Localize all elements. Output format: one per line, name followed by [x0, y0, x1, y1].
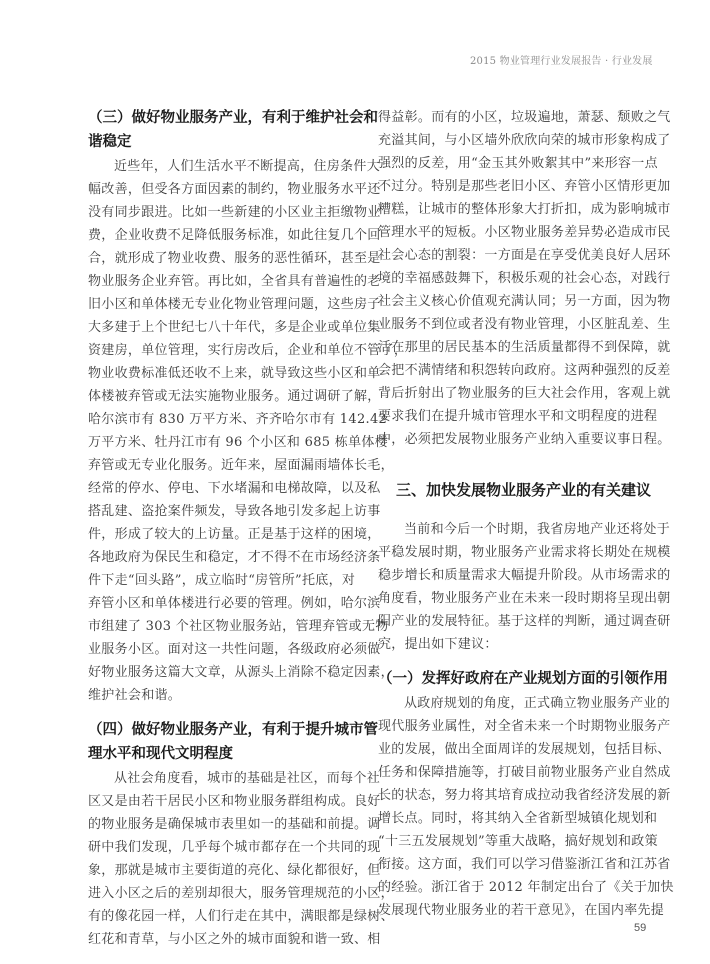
paragraph-line: 平稳发展时期，物业服务产业需求将长期处在规模	[378, 541, 671, 564]
paragraph-line: 弃管小区和单体楼进行必要的管理。例如，哈尔滨	[88, 592, 381, 615]
paragraph-line: 费，企业收费不足降低服务标准，如此往复几个回	[88, 224, 381, 247]
paragraph-line: 好物业服务这篇大文章，从源头上消除不稳定因素，	[88, 661, 394, 684]
paragraph-line: 背后折射出了物业服务的巨大社会作用，客观上就	[378, 382, 671, 405]
paragraph-line: 体楼被弃管或无法实施物业服务。通过调研了解，	[88, 385, 381, 408]
paragraph-line: 区又是由若干居民小区和物业服务群组构成。良好	[88, 790, 381, 813]
paragraph-line: 会把不满情绪和积怨转向政府。这两种强烈的反差	[378, 359, 671, 382]
subsection-heading-1: （一）发挥好政府在产业规划方面的引领作用	[378, 667, 668, 691]
paragraph-line: 业服务小区。面对这一共性问题，各级政府必须做	[88, 638, 381, 661]
paragraph-line: 稳步增长和质量需求大幅提升阶段。从市场需求的	[378, 564, 671, 587]
subsection-heading-4-line-1: （四）做好物业服务产业，有利于提升城市管	[88, 718, 378, 742]
paragraph-line: 红花和青草，与小区之外的城市面貌和谐一致、相	[88, 928, 381, 951]
paragraph-line: 任务和保障措施等，打破目前物业服务产业自然成	[378, 761, 671, 784]
paragraph-line: 中，必须把发展物业服务产业纳入重要议事日程。	[378, 428, 671, 451]
paragraph-line: 从社会角度看，城市的基础是社区，而每个社	[114, 767, 380, 790]
paragraph-line: “十三五发展规划”等重大战略，搞好规划和政策	[378, 830, 658, 853]
paragraph-line: 搭乱建、盗抢案件频发，导致各地引发多起上访事	[88, 500, 381, 523]
paragraph-line: 活在那里的居民基本的生活质量都得不到保障，就	[378, 336, 671, 359]
paragraph-line: 哈尔滨市有 830 万平方米、齐齐哈尔市有 142.42	[88, 408, 387, 431]
page-number: 59	[634, 922, 646, 934]
paragraph-line: 从政府规划的角度，正式确立物业服务产业的	[404, 692, 670, 715]
paragraph-line: 长的状态，努力将其培育成拉动我省经济发展的新	[378, 784, 671, 807]
paragraph-line: 的经验。浙江省于 2012 年制定出台了《关于加快	[378, 876, 674, 899]
paragraph-line: 充溢其间，与小区墙外欣欣向荣的城市形象构成了	[378, 129, 671, 152]
paragraph-line: 究，提出如下建议：	[378, 633, 498, 656]
paragraph-line: 要求我们在提升城市管理水平和文明程度的进程	[378, 405, 657, 428]
paragraph-line: 旧小区和单体楼无专业化物业管理问题，这些房子	[88, 293, 381, 316]
paragraph-line: 物业服务企业弃管。再比如，全省具有普遍性的老	[88, 270, 381, 293]
paragraph-line: 得益彰。而有的小区，垃圾遍地，萧瑟、颓败之气	[378, 106, 671, 129]
paragraph-line: 衔接。这方面，我们可以学习借鉴浙江省和江苏省	[378, 853, 671, 876]
paragraph-line: 幅改善，但受各方面因素的制约，物业服务水平还	[88, 178, 381, 201]
paragraph-line: 经常的停水、停电、下水堵漏和电梯故障，以及私	[88, 477, 381, 500]
paragraph-line: 有的像花园一样，人们行走在其中，满眼都是绿树、	[88, 905, 394, 928]
paragraph-line: 现代服务业属性，对全省未来一个时期物业服务产	[378, 715, 671, 738]
paragraph-line: 社会心态的割裂：一方面是在享受优美良好人居环	[378, 244, 671, 267]
subsection-heading-3-line-1: （三）做好物业服务产业，有利于维护社会和	[88, 106, 378, 130]
paragraph-line: 弃管或无专业化服务。近年来，屋面漏雨墙体长毛，	[88, 454, 394, 477]
paragraph-line: 大多建于上个世纪七八十年代，多是企业或单位集	[88, 316, 381, 339]
subsection-heading-4-line-2: 理水平和现代文明程度	[88, 742, 233, 766]
paragraph-line: 件下走“回头路”，成立临时“房管所”托底，对	[88, 569, 355, 592]
section-heading: 三、加快发展物业服务产业的有关建议	[396, 478, 651, 502]
paragraph-line: 强烈的反差，用“金玉其外败絮其中”来形容一点	[378, 152, 658, 175]
paragraph-line: 件，形成了较大的上访量。正是基于这样的困境，	[88, 523, 381, 546]
paragraph-line: 管理水平的短板。小区物业服务差异势必造成市民	[378, 221, 671, 244]
running-header: 2015 物业管理行业发展报告 · 行业发展	[470, 52, 650, 67]
paragraph-line: 境的幸福感鼓舞下，积极乐观的社会心态，对践行	[378, 267, 671, 290]
paragraph-line: 糟糕，让城市的整体形象大打折扣，成为影响城市	[378, 198, 671, 221]
paragraph-line: 各地政府为保民生和稳定，才不得不在市场经济条	[88, 546, 381, 569]
paragraph-line: 业的发展，做出全面周详的发展规划，包括目标、	[378, 738, 671, 761]
paragraph-line: 资建房，单位管理，实行房改后，企业和单位不管了，	[88, 339, 407, 362]
paragraph-line: 没有同步跟进。比如一些新建的小区业主拒缴物业	[88, 201, 381, 224]
paragraph-line: 维护社会和谐。	[88, 684, 181, 707]
paragraph-line: 近些年，人们生活水平不断提高，住房条件大	[114, 155, 380, 178]
paragraph-line: 万平方米、牡丹江市有 96 个小区和 685 栋单体楼	[88, 431, 388, 454]
paragraph-line: 发展现代物业服务业的若干意见》，在国内率先提	[378, 899, 664, 922]
paragraph-line: 角度看，物业服务产业在未来一段时期将呈现出朝	[378, 587, 671, 610]
paragraph-line: 象，那就是城市主要街道的亮化、绿化都很好，但	[88, 859, 381, 882]
paragraph-line: 合，就形成了物业收费、服务的恶性循环，甚至是	[88, 247, 381, 270]
paragraph-line: 当前和今后一个时期，我省房地产业还将处于	[404, 518, 670, 541]
paragraph-line: 进入小区之后的差别却很大，服务管理规范的小区，	[88, 882, 394, 905]
subsection-heading-3-line-2: 谐稳定	[88, 130, 132, 154]
paragraph-line: 市组建了 303 个社区物业服务站，管理弃管或无物	[88, 615, 389, 638]
paragraph-line: 社会主义核心价值观充满认同；另一方面，因为物	[378, 290, 671, 313]
paragraph-line: 不过分。特别是那些老旧小区、弃管小区情形更加	[378, 175, 671, 198]
paragraph-line: 物业收费标准低还收不上来，就导致这些小区和单	[88, 362, 381, 385]
paragraph-line: 业服务不到位或者没有物业管理，小区脏乱差、生	[378, 313, 671, 336]
paragraph-line: 研中我们发现，几乎每个城市都存在一个共同的现	[88, 836, 381, 859]
paragraph-line: 阳产业的发展特征。基于这样的判断，通过调查研	[378, 610, 671, 633]
paragraph-line: 增长点。同时，将其纳入全省新型城镇化规划和	[378, 807, 657, 830]
paragraph-line: 的物业服务是确保城市表里如一的基础和前提。调	[88, 813, 381, 836]
